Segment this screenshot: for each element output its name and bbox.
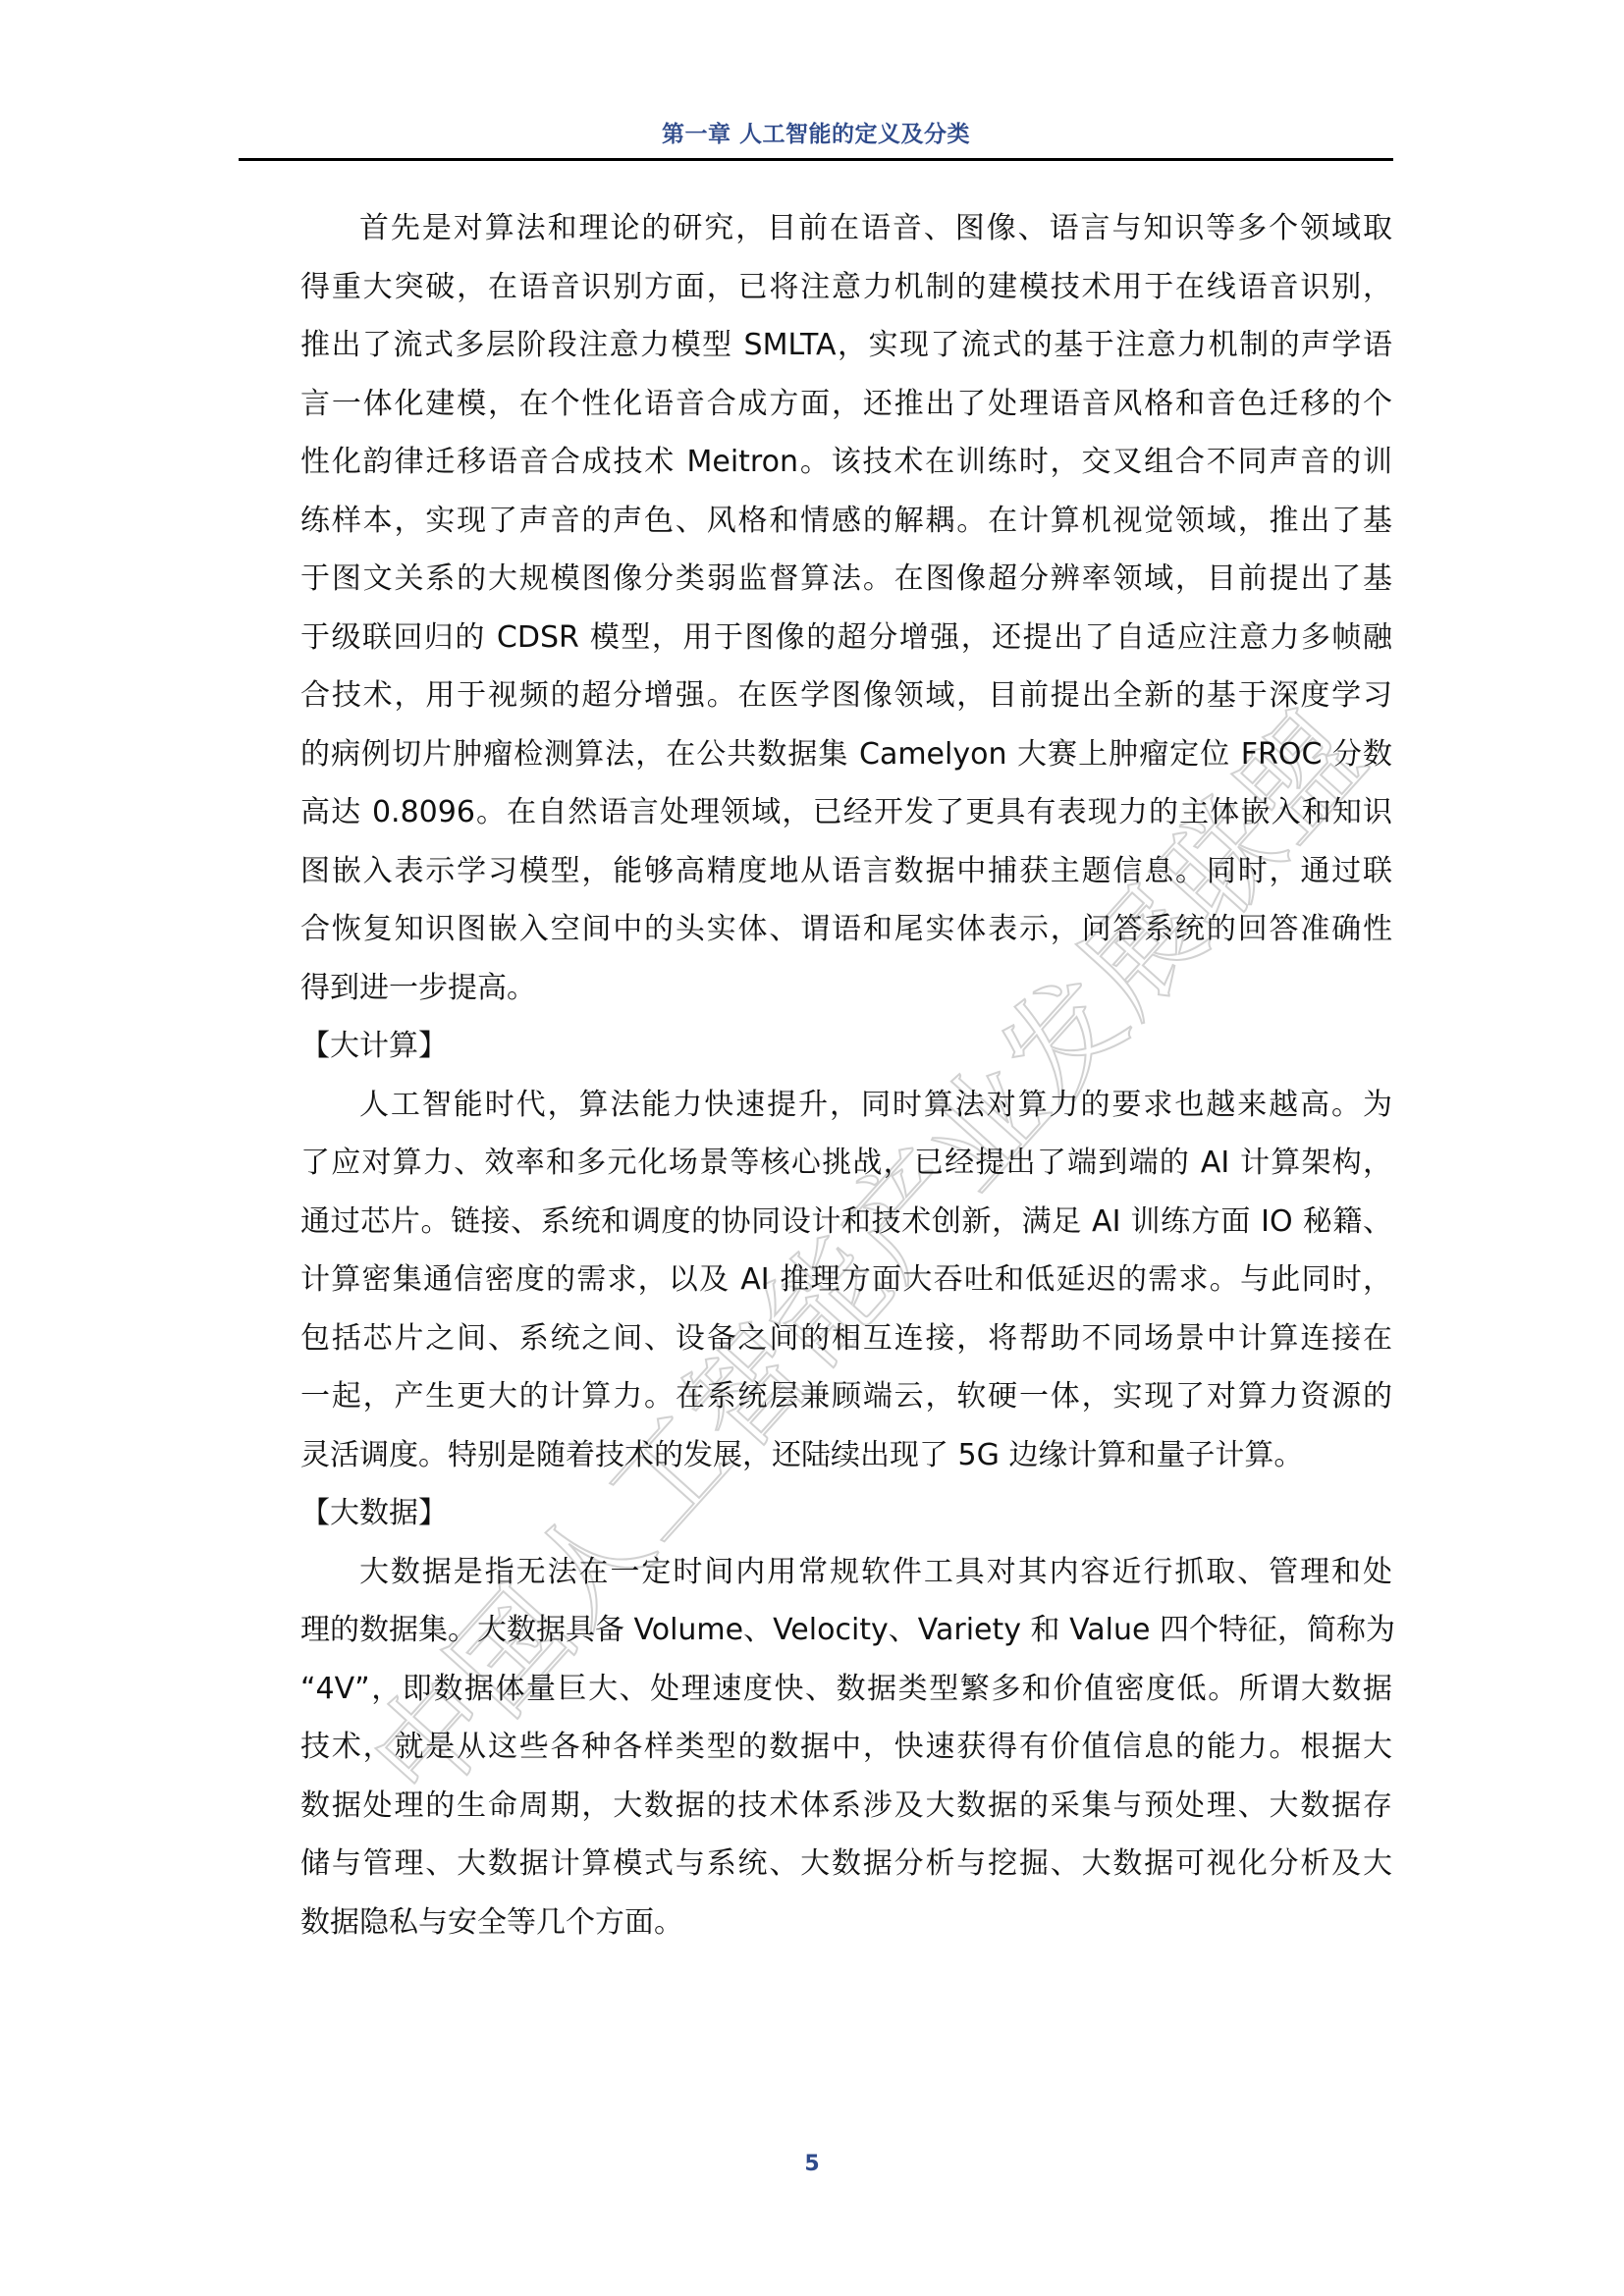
- page-header-title: 第一章 人工智能的定义及分类: [239, 116, 1393, 148]
- text-line: 得到进一步提高。: [242, 969, 1392, 1008]
- text-line: 言一体化建模，在个性化语音合成方面，还推出了处理语音风格和音色迁移的个: [242, 385, 1392, 424]
- text-line: 于级联回归的 CDSR 模型，用于图像的超分增强，还提出了自适应注意力多帧融: [242, 618, 1392, 658]
- text-line: 的病例切片肿瘤检测算法，在公共数据集 Camelyon 大赛上肿瘤定位 FROC…: [242, 735, 1392, 774]
- text-line: 一起，产生更大的计算力。在系统层兼顾端云，软硬一体，实现了对算力资源的: [242, 1377, 1392, 1416]
- paragraph-big-data: 大数据是指无法在一定时间内用常规软件工具对其内容近行抓取、管理和处 理的数据集。…: [242, 1553, 1392, 1943]
- body-text: 首先是对算法和理论的研究，目前在语音、图像、语言与知识等多个领域取 得重大突破，…: [242, 209, 1392, 1943]
- text-line: 得重大突破，在语音识别方面，已将注意力机制的建模技术用于在线语音识别，: [242, 268, 1392, 307]
- text-line: 数据隐私与安全等几个方面。: [242, 1903, 1392, 1943]
- text-line: 包括芯片之间、系统之间、设备之间的相互连接，将帮助不同场景中计算连接在: [242, 1319, 1392, 1359]
- paragraph-algorithms: 首先是对算法和理论的研究，目前在语音、图像、语言与知识等多个领域取 得重大突破，…: [242, 209, 1392, 1008]
- text-line: 储与管理、大数据计算模式与系统、大数据分析与挖掘、大数据可视化分析及大: [242, 1844, 1392, 1884]
- section-heading-big-data: 【大数据】: [242, 1494, 1392, 1533]
- text-line: 理的数据集。大数据具备 Volume、Velocity、Variety 和 Va…: [242, 1611, 1392, 1650]
- page-number: 5: [0, 2152, 1624, 2176]
- section-heading-big-compute: 【大计算】: [242, 1027, 1392, 1066]
- text-line: 练样本，实现了声音的声色、风格和情感的解耦。在计算机视觉领域，推出了基: [242, 502, 1392, 541]
- text-line: 灵活调度。特别是随着技术的发展，还陆续出现了 5G 边缘计算和量子计算。: [242, 1436, 1392, 1475]
- header-divider: [239, 158, 1393, 161]
- text-line: 性化韵律迁移语音合成技术 Meitron。该技术在训练时，交叉组合不同声音的训: [242, 443, 1392, 482]
- text-line: 数据处理的生命周期，大数据的技术体系涉及大数据的采集与预处理、大数据存: [242, 1787, 1392, 1826]
- text-line: 计算密集通信密度的需求，以及 AI 推理方面大吞吐和低延迟的需求。与此同时，: [242, 1260, 1392, 1300]
- text-line: 首先是对算法和理论的研究，目前在语音、图像、语言与知识等多个领域取: [242, 209, 1392, 248]
- text-line: 人工智能时代，算法能力快速提升，同时算法对算力的要求也越来越高。为: [242, 1086, 1392, 1125]
- text-line: 通过芯片。链接、系统和调度的协同设计和技术创新，满足 AI 训练方面 IO 秘籍…: [242, 1202, 1392, 1242]
- text-line: 图嵌入表示学习模型，能够高精度地从语言数据中捕获主题信息。同时，通过联: [242, 852, 1392, 891]
- text-line: 技术，就是从这些各种各样类型的数据中，快速获得有价值信息的能力。根据大: [242, 1728, 1392, 1767]
- paragraph-big-compute: 人工智能时代，算法能力快速提升，同时算法对算力的要求也越来越高。为 了应对算力、…: [242, 1086, 1392, 1475]
- text-line: 合恢复知识图嵌入空间中的头实体、谓语和尾实体表示，问答系统的回答准确性: [242, 910, 1392, 949]
- text-line: 高达 0.8096。在自然语言处理领域，已经开发了更具有表现力的主体嵌入和知识: [242, 793, 1392, 832]
- text-line: “4V”，即数据体量巨大、处理速度快、数据类型繁多和价值密度低。所谓大数据: [242, 1670, 1392, 1709]
- text-line: 了应对算力、效率和多元化场景等核心挑战，已经提出了端到端的 AI 计算架构，: [242, 1144, 1392, 1183]
- text-line: 大数据是指无法在一定时间内用常规软件工具对其内容近行抓取、管理和处: [242, 1553, 1392, 1592]
- text-line: 推出了流式多层阶段注意力模型 SMLTA，实现了流式的基于注意力机制的声学语: [242, 326, 1392, 365]
- text-line: 合技术，用于视频的超分增强。在医学图像领域，目前提出全新的基于深度学习: [242, 676, 1392, 716]
- text-line: 于图文关系的大规模图像分类弱监督算法。在图像超分辨率领域，目前提出了基: [242, 560, 1392, 599]
